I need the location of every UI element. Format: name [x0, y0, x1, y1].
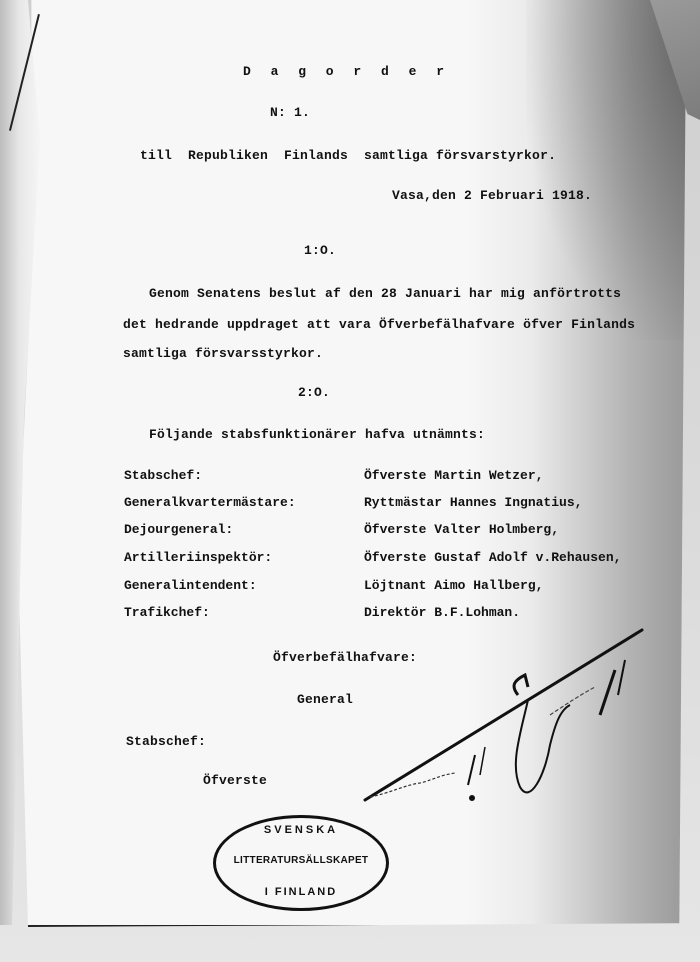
appointment-row: Generalkvartermästare: Ryttmästar Hannes… [124, 495, 664, 515]
chief-of-staff-label: Stabschef: [126, 734, 206, 749]
appointment-name: Öfverste Gustaf Adolf v.Rehausen, [364, 550, 621, 565]
appointment-name: Ryttmästar Hannes Ingnatius, [364, 495, 582, 510]
section-1-line-3: samtliga försvarsstyrkor. [123, 346, 323, 361]
appointment-role: Generalkvartermästare: [124, 495, 296, 510]
stamp-text-bottom: I FINLAND [216, 886, 386, 898]
appointment-name: Direktör B.F.Lohman. [364, 605, 520, 620]
appointment-role: Trafikchef: [124, 605, 210, 620]
section-1-line-1: Genom Senatens beslut af den 28 Januari … [149, 286, 621, 301]
chief-of-staff-rank: Öfverste [203, 773, 267, 788]
section-1-line-2: det hedrande uppdraget att vara Öfverbef… [123, 317, 635, 332]
appointment-row: Stabschef: Öfverste Martin Wetzer, [124, 468, 664, 488]
order-number: N: 1. [270, 105, 310, 120]
appointment-role: Dejourgeneral: [124, 522, 233, 537]
stamp-text-top: SVENSKA [216, 824, 386, 836]
appointment-row: Generalintendent: Löjtnant Aimo Hallberg… [124, 578, 664, 598]
place-date: Vasa,den 2 Februari 1918. [392, 188, 592, 203]
appointment-role: Generalintendent: [124, 578, 257, 593]
appointment-row: Artilleriinspektör: Öfverste Gustaf Adol… [124, 550, 664, 570]
appointment-name: Öfverste Valter Holmberg, [364, 522, 559, 537]
appointment-name: Öfverste Martin Wetzer, [364, 468, 543, 483]
document-title: D a g o r d e r [243, 64, 450, 79]
appointment-role: Artilleriinspektör: [124, 550, 272, 565]
handwritten-signature [360, 625, 660, 815]
recipient-line: till Republiken Finlands samtliga försva… [140, 148, 556, 163]
commander-rank: General [297, 692, 353, 707]
appointment-row: Trafikchef: Direktör B.F.Lohman. [124, 605, 664, 625]
section-2-intro: Följande stabsfunktionärer hafva utnämnt… [149, 427, 485, 442]
appointment-role: Stabschef: [124, 468, 202, 483]
section-1-heading: 1:O. [304, 243, 336, 258]
stamp-text-middle: LITTERATURSÄLLSKAPET [216, 855, 386, 866]
appointment-row: Dejourgeneral: Öfverste Valter Holmberg, [124, 522, 664, 542]
archive-stamp: SVENSKA LITTERATURSÄLLSKAPET I FINLAND [213, 815, 389, 911]
appointment-name: Löjtnant Aimo Hallberg, [364, 578, 543, 593]
section-2-heading: 2:O. [298, 385, 330, 400]
